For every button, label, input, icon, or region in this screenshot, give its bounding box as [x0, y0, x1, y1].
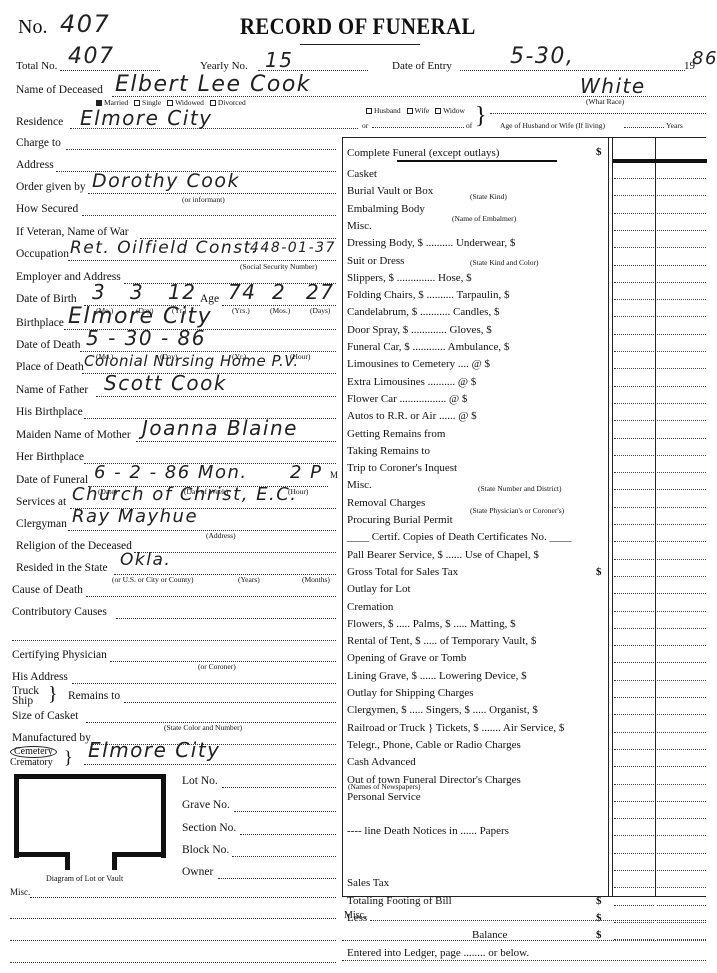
newspapers-hint: (Names of Newspapers): [348, 782, 420, 791]
charge-row: Casket: [347, 168, 377, 180]
date-of-entry-value: 5-30,: [510, 44, 574, 69]
charge-dollars-cell[interactable]: [614, 386, 654, 387]
funeral-hour-value: 2 P: [290, 462, 323, 483]
charge-row-label: Taking Remains to: [347, 445, 430, 457]
order-given-by-line: [88, 193, 336, 194]
spouse-or: or: [362, 121, 368, 130]
charge-dollars-cell[interactable]: [614, 265, 654, 266]
charge-row: Cash Advanced: [347, 756, 416, 768]
charge-cents-cell[interactable]: [657, 593, 706, 594]
charge-row: Burial Vault or Box: [347, 185, 433, 197]
widow-checkbox[interactable]: [435, 108, 441, 114]
contributory-line-2[interactable]: [12, 640, 336, 641]
yearly-no-value: 15: [265, 48, 293, 72]
charge-row-label: Lining Grave, $ ...... Lowering Device, …: [347, 670, 527, 682]
spouse-of: of: [466, 121, 472, 130]
charge-dollars-cell[interactable]: [614, 576, 654, 577]
address-label: Address: [16, 159, 54, 171]
coroner-hint: (or Coroner): [198, 662, 236, 671]
charge-row: Telegr., Phone, Cable or Radio Charges: [347, 739, 521, 751]
charge-dollars-cell[interactable]: [614, 299, 654, 300]
misc-left-line-3[interactable]: [10, 940, 336, 941]
charge-to-line[interactable]: [66, 149, 336, 150]
charge-dollars-cell[interactable]: [614, 403, 654, 404]
charge-row-label: Suit or Dress: [347, 255, 404, 267]
charge-row-label: ____ Certif. Copies of Death Certificate…: [347, 531, 572, 543]
age-months: 2: [272, 280, 286, 304]
physician-label: Certifying Physician: [12, 649, 107, 661]
charge-row-label: Cash Advanced: [347, 756, 416, 768]
record-number-value: 407: [60, 10, 110, 38]
race-value: White: [580, 74, 646, 98]
spouse-group: Husband Wife Widow: [362, 106, 465, 115]
charge-row-label: Procuring Burial Permit: [347, 514, 453, 526]
wife-label: Wife: [415, 106, 430, 115]
dob-year: 12: [168, 280, 196, 304]
charge-row: Door Spray, $ ............. Gloves, $: [347, 324, 492, 336]
charge-row: Railroad or Truck } Tickets, $ ....... A…: [347, 722, 564, 734]
deceased-name-value: Elbert Lee Cook: [115, 72, 311, 97]
spouse-age-suffix: Years: [666, 121, 683, 130]
ssn-hint: (Social Security Number): [240, 262, 317, 271]
residence-label: Residence: [16, 116, 63, 128]
charge-to-label: Charge to: [16, 137, 61, 149]
charges-col-divider-1: [608, 137, 609, 897]
charge-cents-cell[interactable]: [657, 472, 706, 473]
charge-cents-cell[interactable]: [657, 611, 706, 612]
charge-cents-cell[interactable]: [657, 316, 706, 317]
total-no-value: 407: [68, 44, 115, 69]
how-secured-line[interactable]: [82, 215, 336, 216]
charge-row: Sales Tax: [347, 877, 389, 889]
services-label: Services at: [16, 496, 66, 508]
contributory-label: Contributory Causes: [12, 606, 107, 618]
lot-diagram-bottom-right: [112, 852, 166, 857]
mother-value: Joanna Blaine: [142, 416, 298, 440]
resided-value: Okla.: [120, 550, 171, 570]
father-value: Scott Cook: [104, 371, 227, 395]
funeral-hour-suffix: M: [330, 470, 338, 480]
charge-cents-cell[interactable]: [657, 489, 706, 490]
occupation-value: Ret. Oilfield Const.: [70, 238, 259, 258]
complete-funeral-underline: [397, 160, 557, 162]
charge-row-label: Pall Bearer Service, $ ...... Use of Cha…: [347, 549, 539, 561]
widow-label: Widow: [443, 106, 465, 115]
misc-left-label: Misc.: [10, 887, 30, 897]
charge-row-label: Opening of Grave or Tomb: [347, 652, 466, 664]
age-months-hint: (Mos.): [270, 306, 290, 315]
charge-dollars-cell[interactable]: [614, 316, 654, 317]
yearly-no-line: [258, 70, 368, 71]
charge-cents-cell[interactable]: [657, 818, 706, 819]
deceased-name-label: Name of Deceased: [16, 84, 103, 96]
resided-years-hint: (Years): [238, 575, 260, 584]
mother-label: Maiden Name of Mother: [16, 429, 131, 441]
remains-to-line[interactable]: [124, 702, 336, 703]
his-address-line[interactable]: [72, 683, 336, 684]
charge-row: Dressing Body, $ .......... Underwear, $: [347, 237, 515, 249]
charge-row-line[interactable]: [347, 907, 603, 908]
charge-row-label: ---- line Death Notices in ...... Papers: [347, 825, 509, 837]
charge-dollars-cell[interactable]: [614, 818, 654, 819]
charge-dollars-cell[interactable]: [614, 559, 654, 560]
clergyman-value: Ray Mayhue: [72, 506, 198, 527]
charge-row-label: Entered into Ledger, page ........ or be…: [347, 947, 529, 959]
charge-cents-cell[interactable]: [657, 351, 706, 352]
charge-dollars-cell[interactable]: [614, 178, 654, 179]
crematory-option: Crematory: [10, 758, 57, 768]
dob-day: 3: [130, 280, 144, 304]
charge-dollars-cell[interactable]: [614, 784, 654, 785]
veteran-label: If Veteran, Name of War: [16, 226, 129, 238]
charge-dollars-cell[interactable]: [614, 835, 654, 836]
embalmer-hint: (Name of Embalmer): [452, 214, 516, 223]
page-title: RECORD OF FUNERAL: [240, 14, 476, 40]
order-given-by-label: Order given by: [16, 181, 86, 193]
charge-dollars-cell[interactable]: [614, 611, 654, 612]
clergyman-label: Clergyman: [16, 518, 67, 530]
charge-cents-cell[interactable]: [657, 784, 706, 785]
charge-row: Folding Chairs, $ .......... Tarpaulin, …: [347, 289, 510, 301]
charge-dollars-cell[interactable]: [614, 472, 654, 473]
misc-right-line-2[interactable]: [342, 940, 706, 941]
charge-cents-cell[interactable]: [657, 195, 706, 196]
charge-row: Rental of Tent, $ ..... of Temporary Vau…: [347, 635, 536, 647]
date-of-entry-line: [460, 70, 685, 71]
lot-diagram-bottom-left: [14, 852, 70, 857]
charge-row: Clergymen, $ ..... Singers, $ ..... Orga…: [347, 704, 538, 716]
dod-value: 5 - 30 - 86: [86, 326, 206, 350]
charge-dollars-cell[interactable]: [614, 749, 654, 750]
occupation-line: [68, 260, 336, 261]
charge-cents-cell[interactable]: [657, 645, 706, 646]
charge-cents-cell[interactable]: [657, 697, 706, 698]
father-line: [96, 396, 336, 397]
charge-cents-cell[interactable]: [657, 334, 706, 335]
charge-cents-cell[interactable]: [657, 922, 706, 923]
date-of-entry-label: Date of Entry: [392, 60, 452, 72]
charge-row-label: Flowers, $ ..... Palms, $ ..... Matting,…: [347, 618, 516, 630]
charge-row: Autos to R.R. or Air ...... @ $: [347, 410, 477, 422]
residence-line: [70, 128, 358, 129]
charge-dollars-cell[interactable]: [614, 455, 654, 456]
cemetery-value: Elmore City: [88, 738, 221, 762]
divorced-label: Divorced: [218, 98, 246, 107]
his-birthplace-label: His Birthplace: [16, 406, 83, 418]
spouse-name-line: [372, 127, 464, 128]
charge-row-label: Misc.: [347, 479, 372, 491]
cemetery-brace: }: [64, 748, 73, 766]
charge-row-line[interactable]: [347, 924, 603, 925]
how-secured-label: How Secured: [16, 203, 78, 215]
charge-cents-cell[interactable]: [657, 299, 706, 300]
contributory-line[interactable]: [116, 618, 336, 619]
charge-cents-cell[interactable]: [657, 213, 706, 214]
charge-row-label: Personal Service: [347, 791, 421, 803]
yearly-no-label: Yearly No.: [200, 60, 248, 72]
age-years: 74: [228, 280, 256, 304]
order-given-by-value: Dorothy Cook: [92, 170, 240, 192]
charge-cents-cell[interactable]: [657, 680, 706, 681]
vault-kind-hint: (State Kind): [470, 192, 507, 201]
charge-dollars-cell[interactable]: [614, 922, 654, 923]
charge-dollars-cell[interactable]: [614, 507, 654, 508]
charge-dollars-cell[interactable]: [614, 524, 654, 525]
charge-dollars-cell[interactable]: [614, 645, 654, 646]
charge-cents-cell[interactable]: [657, 524, 706, 525]
age-days-hint: (Days): [310, 306, 330, 315]
block-no-line[interactable]: [232, 856, 336, 857]
charge-row: Funeral Car, $ ............ Ambulance, $: [347, 341, 509, 353]
husband-checkbox[interactable]: [366, 108, 372, 114]
charge-dollar-sign: $: [596, 566, 602, 578]
charge-dollars-cell[interactable]: [614, 282, 654, 283]
charge-row-label: Candelabrum, $ ........... Candles, $: [347, 306, 499, 318]
charge-cents-cell[interactable]: [657, 749, 706, 750]
lot-diagram-post-right: [112, 852, 117, 870]
his-address-label: His Address: [12, 671, 68, 683]
charge-cents-cell[interactable]: [657, 282, 706, 283]
charge-cents-cell[interactable]: [657, 766, 706, 767]
charge-row-label: Cremation: [347, 601, 393, 613]
total-no-line: [60, 70, 160, 71]
truck-ship-label: Truck Ship: [12, 686, 39, 706]
charge-row: Candelabrum, $ ........... Candles, $: [347, 306, 499, 318]
charge-row-label: Autos to R.R. or Air ...... @ $: [347, 410, 477, 422]
charge-row: Gross Total for Sales Tax: [347, 566, 458, 578]
truck-ship-brace: }: [48, 684, 58, 704]
father-label: Name of Father: [16, 384, 88, 396]
casket-size-label: Size of Casket: [12, 710, 78, 722]
charge-dollars-cell[interactable]: [614, 420, 654, 421]
charge-dollars-cell[interactable]: [614, 697, 654, 698]
charge-dollars-cell[interactable]: [614, 247, 654, 248]
charge-dollars-cell[interactable]: [614, 801, 654, 802]
funeral-date-value: 6 - 2 - 86 Mon.: [94, 462, 248, 483]
misc-right-line-1[interactable]: [370, 920, 706, 921]
charge-dollars-cell[interactable]: [614, 230, 654, 231]
spouse-line: [490, 113, 706, 114]
clergyman-address-hint: (Address): [206, 531, 236, 540]
charge-row: Embalming Body: [347, 203, 425, 215]
ship-label: Ship: [12, 696, 39, 706]
charge-row-label: Rental of Tent, $ ..... of Temporary Vau…: [347, 635, 536, 647]
lot-diagram-caption: Diagram of Lot or Vault: [46, 874, 123, 883]
casket-color-hint: (State Color and Number): [164, 723, 242, 732]
cause-label: Cause of Death: [12, 584, 83, 596]
manufactured-label: Manufactured by: [12, 732, 91, 744]
charge-row: Totaling Footing of Bill: [347, 895, 452, 907]
remains-to-label: Remains to: [68, 690, 120, 702]
complete-funeral-text: Complete Funeral (except outlays): [347, 147, 499, 159]
misc-left-line-1[interactable]: [30, 897, 336, 898]
charge-row: Misc.: [347, 479, 372, 491]
charge-dollars-cell[interactable]: [614, 334, 654, 335]
charge-row: Outlay for Shipping Charges: [347, 687, 474, 699]
charge-cents-cell[interactable]: [657, 247, 706, 248]
charge-cents-cell[interactable]: [657, 905, 706, 906]
charge-row-label: Getting Remains from: [347, 428, 445, 440]
charge-dollars-cell[interactable]: [614, 195, 654, 196]
charge-row: Misc.: [347, 220, 372, 232]
grave-no-label: Grave No.: [182, 799, 230, 811]
charge-dollars-cell[interactable]: [614, 213, 654, 214]
charge-row: Entered into Ledger, page ........ or be…: [347, 947, 529, 959]
charge-cents-cell[interactable]: [657, 541, 706, 542]
charge-dollars-cell[interactable]: [614, 438, 654, 439]
charge-row: Cremation: [347, 601, 393, 613]
owner-label: Owner: [182, 866, 213, 878]
charge-cents-cell[interactable]: [657, 870, 706, 871]
charge-row: Lining Grave, $ ...... Lowering Device, …: [347, 670, 527, 682]
title-underline: [300, 44, 420, 45]
lot-diagram-box: [14, 774, 166, 858]
clergyman-line: [68, 530, 336, 531]
charge-row-label: Casket: [347, 168, 377, 180]
charge-cents-cell[interactable]: [657, 368, 706, 369]
charge-dollars-cell[interactable]: [614, 853, 654, 854]
section-no-line[interactable]: [240, 834, 336, 835]
charge-cents-cell[interactable]: [657, 835, 706, 836]
charge-cents-cell[interactable]: [657, 662, 706, 663]
charge-row-label: Folding Chairs, $ .......... Tarpaulin, …: [347, 289, 510, 301]
lot-no-line[interactable]: [222, 787, 336, 788]
religion-label: Religion of the Deceased: [16, 540, 132, 552]
charge-row: ____ Certif. Copies of Death Certificate…: [347, 531, 572, 543]
section-no-label: Section No.: [182, 822, 236, 834]
cause-line[interactable]: [86, 596, 336, 597]
misc-right-label: Misc.: [344, 910, 367, 921]
charge-row: Flowers, $ ..... Palms, $ ..... Matting,…: [347, 618, 516, 630]
charge-row-label: Slippers, $ .............. Hose, $: [347, 272, 472, 284]
charge-cents-cell[interactable]: [657, 455, 706, 456]
charge-cents-cell[interactable]: [657, 628, 706, 629]
charges-col-divider-2: [612, 137, 613, 897]
charge-row: Getting Remains from: [347, 428, 445, 440]
charge-dollars-cell[interactable]: [614, 489, 654, 490]
spouse-age-line: [624, 127, 664, 128]
charge-row-label: Gross Total for Sales Tax: [347, 566, 458, 578]
spouse-age-label: Age of Husband or Wife (If living): [500, 121, 605, 130]
charge-dollars-cell[interactable]: [614, 905, 654, 906]
charge-dollars-cell[interactable]: [614, 766, 654, 767]
charge-row-label: Flower Car ................. @ $: [347, 393, 467, 405]
charge-dollar-sign: $: [596, 912, 602, 924]
charge-row: Suit or Dress: [347, 255, 404, 267]
charge-row: Opening of Grave or Tomb: [347, 652, 466, 664]
charge-cents-cell[interactable]: [657, 403, 706, 404]
charge-cents-cell[interactable]: [657, 576, 706, 577]
charge-row-line[interactable]: [347, 941, 603, 942]
charge-row-label: Railroad or Truck } Tickets, $ ....... A…: [347, 722, 564, 734]
charge-row: Slippers, $ .............. Hose, $: [347, 272, 472, 284]
charge-dollars-cell[interactable]: [614, 714, 654, 715]
charge-row: Extra Limousines .......... @ $: [347, 376, 476, 388]
owner-line[interactable]: [218, 878, 336, 879]
complete-funeral-label: Complete Funeral (except outlays): [347, 147, 499, 159]
complete-funeral-dollar: $: [596, 146, 602, 158]
charge-cents-cell[interactable]: [657, 887, 706, 888]
charge-cents-cell[interactable]: [657, 178, 706, 179]
charge-row-label: Embalming Body: [347, 203, 425, 215]
charge-dollars-cell[interactable]: [614, 887, 654, 888]
charge-dollars-cell[interactable]: [614, 368, 654, 369]
suit-kind-color-hint: (State Kind and Color): [470, 258, 539, 267]
charge-cents-cell[interactable]: [657, 265, 706, 266]
charge-dollar-sign: $: [596, 895, 602, 907]
charge-dollars-cell[interactable]: [614, 662, 654, 663]
charges-total-rule: [613, 159, 707, 163]
charge-dollars-cell[interactable]: [614, 541, 654, 542]
dod-label: Date of Death: [16, 339, 81, 351]
charge-cents-cell[interactable]: [657, 507, 706, 508]
misc-left-line-2[interactable]: [10, 918, 336, 919]
charge-row: ---- line Death Notices in ...... Papers: [347, 825, 509, 837]
charge-cents-cell[interactable]: [657, 853, 706, 854]
resided-hint: (or U.S. or City or County): [112, 575, 193, 584]
charge-cents-cell[interactable]: [657, 230, 706, 231]
block-no-label: Block No.: [182, 844, 229, 856]
dob-month: 3: [92, 280, 106, 304]
charge-cents-cell[interactable]: [657, 420, 706, 421]
charge-row: Personal Service: [347, 791, 421, 803]
charge-dollars-cell[interactable]: [614, 351, 654, 352]
charge-dollars-cell[interactable]: [614, 628, 654, 629]
charge-row-label: Funeral Car, $ ............ Ambulance, $: [347, 341, 509, 353]
misc-left-line-4[interactable]: [10, 962, 336, 963]
occupation-label: Occupation: [16, 248, 69, 260]
charge-row: Trip to Coroner's Inquest: [347, 462, 457, 474]
resided-months-hint: (Months): [302, 575, 330, 584]
charge-cents-cell[interactable]: [657, 714, 706, 715]
charge-row-label: Burial Vault or Box: [347, 185, 433, 197]
charge-row-label: Telegr., Phone, Cable or Radio Charges: [347, 739, 521, 751]
place-of-death-label: Place of Death: [16, 361, 84, 373]
year-value: 86: [692, 48, 717, 69]
charge-dollars-cell[interactable]: [614, 732, 654, 733]
charge-cents-cell[interactable]: [657, 438, 706, 439]
charge-dollars-cell[interactable]: [614, 680, 654, 681]
husband-label: Husband: [374, 106, 401, 115]
charge-cents-cell[interactable]: [657, 801, 706, 802]
misc-right-line-3[interactable]: [342, 960, 706, 961]
charge-dollars-cell[interactable]: [614, 593, 654, 594]
charge-cents-cell[interactable]: [657, 732, 706, 733]
charge-row-label: Outlay for Lot: [347, 583, 411, 595]
charge-row-label: Sales Tax: [347, 877, 389, 889]
charge-row: Limousines to Cemetery .... @ $: [347, 358, 490, 370]
spouse-brace: }: [475, 104, 487, 128]
record-number-label: No.: [18, 16, 47, 39]
grave-no-line[interactable]: [234, 811, 336, 812]
charge-dollars-cell[interactable]: [614, 870, 654, 871]
residence-value: Elmore City: [80, 106, 213, 130]
lot-diagram-post-left: [65, 852, 70, 870]
her-birthplace-label: Her Birthplace: [16, 451, 84, 463]
race-hint: (What Race): [586, 97, 624, 106]
charge-row: Flower Car ................. @ $: [347, 393, 467, 405]
ssn-value: 448-01-37: [250, 240, 336, 256]
charge-row: Pall Bearer Service, $ ...... Use of Cha…: [347, 549, 539, 561]
charge-row-label: Door Spray, $ ............. Gloves, $: [347, 324, 492, 336]
age-days: 27: [306, 280, 334, 304]
charge-row: Outlay for Lot: [347, 583, 411, 595]
charge-row: Removal Charges: [347, 497, 425, 509]
charge-row-label: Removal Charges: [347, 497, 425, 509]
charge-cents-cell[interactable]: [657, 386, 706, 387]
charge-cents-cell[interactable]: [657, 559, 706, 560]
wife-checkbox[interactable]: [407, 108, 413, 114]
